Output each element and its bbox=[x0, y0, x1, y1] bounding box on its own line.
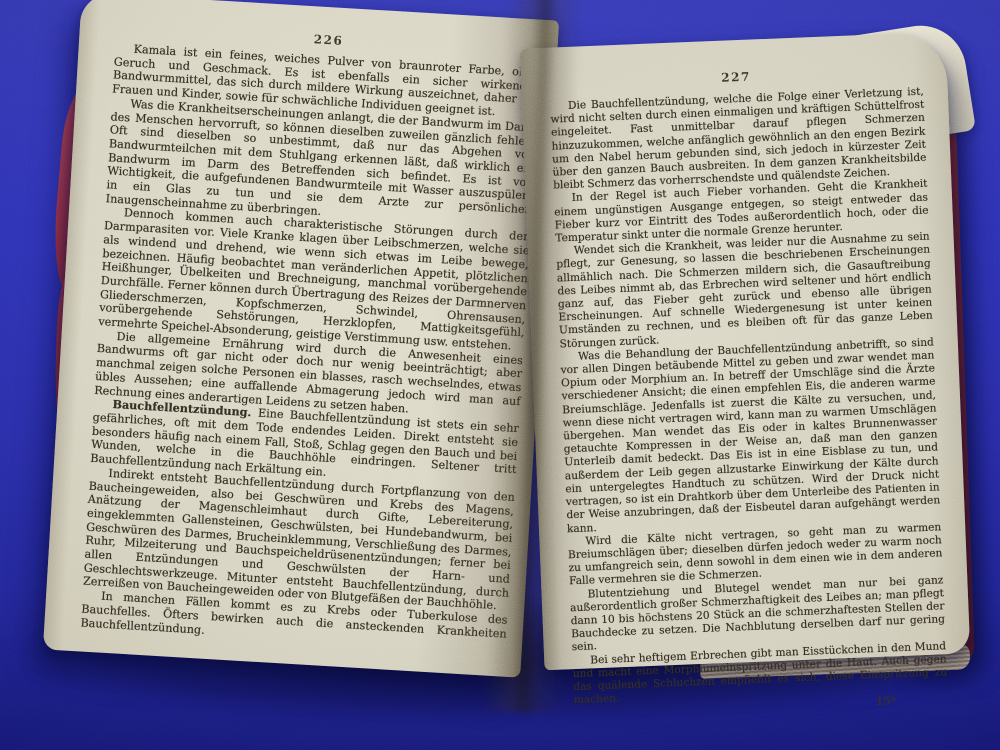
paragraph: Die Bauchfellentzündung, welche die Folg… bbox=[550, 86, 927, 193]
left-page-226: 226 Kamala ist ein feines, weiches Pulve… bbox=[43, 0, 559, 678]
paragraph: Dennoch kommen auch charakteristische St… bbox=[98, 206, 531, 354]
left-page-text: Kamala ist ein feines, weiches Pulver vo… bbox=[80, 41, 540, 654]
right-page-227: 227 Die Bauchfellentzündung, welche die … bbox=[520, 32, 971, 671]
paragraph: Wendet sich die Krankheit, was leider nu… bbox=[556, 231, 934, 352]
book-photograph: 226 Kamala ist ein feines, weiches Pulve… bbox=[0, 0, 1000, 750]
paragraph: Was die Behandlung der Bauchfellentzündu… bbox=[560, 336, 941, 536]
right-page-text: Die Bauchfellentzündung, welche die Folg… bbox=[550, 86, 948, 708]
